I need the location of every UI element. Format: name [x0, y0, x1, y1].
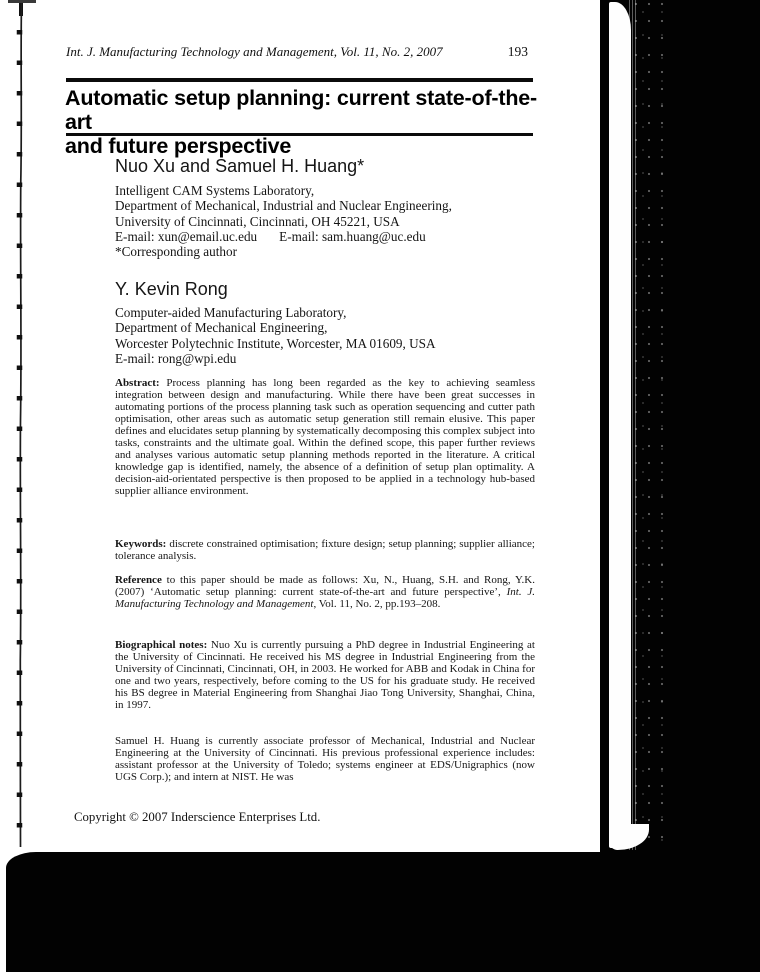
- paper-title: Automatic setup planning: current state-…: [65, 86, 545, 158]
- email-line: E-mail: xun@email.uc.eduE-mail: sam.huan…: [115, 229, 545, 244]
- keywords-text: discrete constrained optimisation; fixtu…: [115, 538, 535, 562]
- affiliation-line: University of Cincinnati, Cincinnati, OH…: [115, 214, 545, 229]
- affiliation-line: Worcester Polytechnic Institute, Worcest…: [115, 336, 545, 351]
- author-secondary: Y. Kevin Rong: [115, 279, 228, 300]
- affiliation-line: Computer-aided Manufacturing Laboratory,: [115, 305, 545, 320]
- journal-citation: Int. J. Manufacturing Technology and Man…: [66, 44, 443, 60]
- reference-paragraph: Reference to this paper should be made a…: [115, 574, 535, 610]
- paper-title-line2: and future perspective: [65, 134, 545, 158]
- authors-primary: Nuo Xu and Samuel H. Huang*: [115, 156, 364, 177]
- scan-speckle-noise: [633, 0, 667, 855]
- adjacent-page-edge: [609, 2, 631, 848]
- affiliation-primary: Intelligent CAM Systems Laboratory, Depa…: [115, 183, 545, 259]
- keywords-paragraph: Keywords: discrete constrained optimisat…: [115, 538, 535, 562]
- abstract-paragraph: Abstract: Process planning has long been…: [115, 377, 535, 497]
- abstract-label: Abstract:: [115, 377, 160, 389]
- affiliation-line: Department of Mechanical, Industrial and…: [115, 198, 545, 213]
- reference-label: Reference: [115, 574, 162, 586]
- running-header: Int. J. Manufacturing Technology and Man…: [66, 44, 528, 60]
- email-address: E-mail: sam.huang@uc.edu: [279, 229, 426, 244]
- page-body: Int. J. Manufacturing Technology and Man…: [0, 0, 598, 980]
- affiliation-line: Department of Mechanical Engineering,: [115, 320, 545, 335]
- page-number: 193: [508, 44, 528, 60]
- email-address: E-mail: xun@email.uc.edu: [115, 229, 257, 244]
- keywords-label: Keywords:: [115, 538, 166, 550]
- title-rule-bottom: [66, 133, 533, 136]
- title-rule-top: [66, 78, 533, 82]
- bio-notes-paragraph-2: Samuel H. Huang is currently associate p…: [115, 735, 535, 783]
- page-edge-scan-line: [0, 0, 42, 980]
- reference-text-end: , Vol. 11, No. 2, pp.193–208.: [313, 598, 440, 610]
- affiliation-line: Intelligent CAM Systems Laboratory,: [115, 183, 545, 198]
- scanned-paper-page: Int. J. Manufacturing Technology and Man…: [0, 0, 760, 980]
- scan-tick-mark: [8, 0, 36, 3]
- paper-title-line1: Automatic setup planning: current state-…: [65, 86, 545, 134]
- bio-notes-label: Biographical notes:: [115, 639, 207, 651]
- corresponding-author-note: *Corresponding author: [115, 244, 545, 259]
- copyright-line: Copyright © 2007 Inderscience Enterprise…: [74, 810, 320, 825]
- reference-text: to this paper should be made as follows:…: [115, 574, 535, 598]
- bio-notes-paragraph-1: Biographical notes: Nuo Xu is currently …: [115, 639, 535, 711]
- abstract-text: Process planning has long been regarded …: [115, 377, 535, 497]
- email-line: E-mail: rong@wpi.edu: [115, 351, 545, 366]
- affiliation-secondary: Computer-aided Manufacturing Laboratory,…: [115, 305, 545, 366]
